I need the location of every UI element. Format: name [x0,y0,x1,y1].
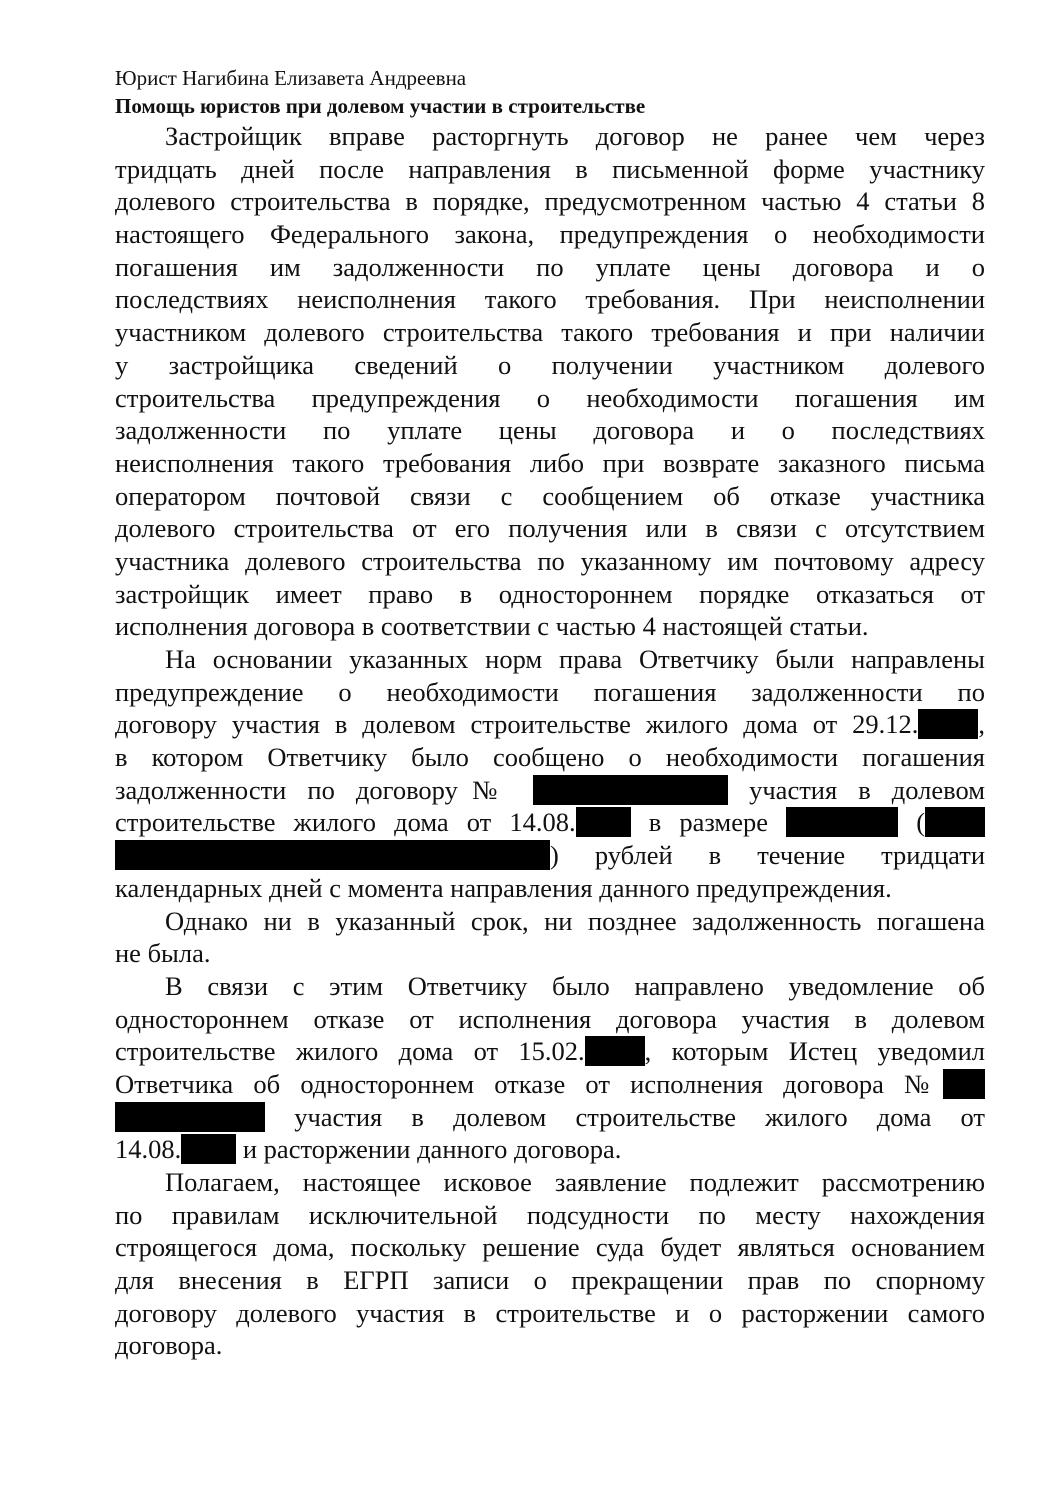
text-line: по правилам исключительной подсудности п… [115,1199,985,1232]
text-line: погашения им задолженности по уплате цен… [115,251,985,284]
text-line: задолженности по договору№ участия в дол… [115,774,985,807]
paragraph-5: Полагаем, настоящее исковое заявление по… [115,1166,985,1362]
text-line: В связи с этим Ответчику было направлено… [115,970,985,1003]
text-line: настоящего Федерального закона, предупре… [115,218,985,251]
text-line: строительстве жилого дома от 14.08. в ра… [115,806,985,839]
text-line: строительства предупреждения о необходим… [115,382,985,415]
text-line: задолженности по уплате цены договора и … [115,414,985,447]
text-line: На основании указанных норм права Ответч… [115,643,985,676]
text-line: строящегося дома, поскольку решение суда… [115,1231,985,1264]
text-line: календарных дней с момента направления д… [115,872,985,905]
redaction-block [786,807,898,837]
text-line: неисполнения такого требования либо при … [115,447,985,480]
text-line: договору долевого участия в строительств… [115,1297,985,1330]
text-line: у застройщика сведений о получении участ… [115,349,985,382]
text-line: договора. [115,1329,985,1362]
text-line: долевого строительства от его получения … [115,512,985,545]
text-line: предупреждение о необходимости погашения… [115,676,985,709]
redaction-block [115,1102,265,1132]
redaction-block [181,1134,236,1164]
text-line: участника долевого строительства по указ… [115,545,985,578]
paragraph-4: В связи с этим Ответчику было направлено… [115,970,985,1166]
text-line: Застройщик вправе расторгнуть договор не… [115,120,985,153]
redaction-block [918,709,978,739]
text-line: для внесения в ЕГРП записи о прекращении… [115,1264,985,1297]
text-line: договору участия в долевом строительстве… [115,708,985,741]
text-line: не была. [115,937,985,970]
redaction-block [585,1036,645,1066]
text-line: Однако ни в указанный срок, ни позднее з… [115,905,985,938]
paragraph-1: Застройщик вправе расторгнуть договор не… [115,120,985,643]
text-line: участия в долевом строительстве жилого д… [115,1101,985,1134]
text-line: тридцать дней после направления в письме… [115,153,985,186]
redaction-block [576,807,631,837]
text-line: долевого строительства в порядке, предус… [115,185,985,218]
author-line: Юрист Нагибина Елизавета Андреевна [115,64,985,92]
text-line: оператором почтовой связи с сообщением о… [115,480,985,513]
text-line: ) рублей в течение тридцати [115,839,985,872]
text-line: застройщик имеет право в одностороннем п… [115,578,985,611]
text-line: Ответчика об одностороннем отказе от исп… [115,1068,985,1101]
text-line: одностороннем отказе от исполнения догов… [115,1003,985,1036]
document-title: Помощь юристов при долевом участии в стр… [115,92,985,120]
text-line: строительстве жилого дома от 15.02., кот… [115,1035,985,1068]
text-line: участником долевого строительства такого… [115,316,985,349]
redaction-block [943,1069,985,1099]
paragraph-3: Однако ни в указанный срок, ни позднее з… [115,905,985,970]
paragraph-2: На основании указанных норм права Ответч… [115,643,985,905]
redaction-block [533,775,728,805]
text-line: исполнения договора в соответствии с час… [115,610,985,643]
document-page: Юрист Нагибина Елизавета Андреевна Помощ… [115,64,985,1362]
text-line: последствиях неисполнения такого требова… [115,283,985,316]
text-line: в котором Ответчику было сообщено о необ… [115,741,985,774]
redaction-block [115,840,550,870]
text-line: Полагаем, настоящее исковое заявление по… [115,1166,985,1199]
redaction-block [925,807,985,837]
text-line: 14.08. и расторжении данного договора. [115,1133,985,1166]
